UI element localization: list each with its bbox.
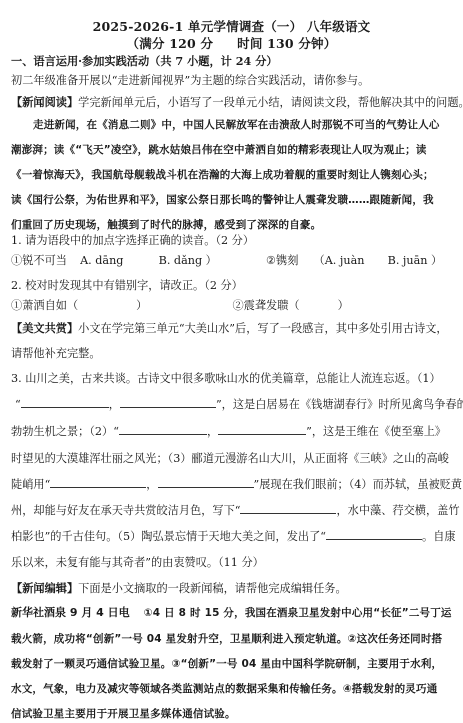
question-3-line: 柏影也”的千古佳句。（5）陶弘景忘情于天地大美之间，发出了“。自康 xyxy=(11,529,453,545)
question-3-line: 乐以来，未复有能与其奇者”的由衷赞叹。（11 分） xyxy=(11,555,453,571)
news-edit-line: 载火箭，成功将“创新”一号 04 星发射升空，卫星顺利进入预定轨道。②这次任务还… xyxy=(11,631,453,647)
news-edit-label: 【新闻编辑】 xyxy=(11,581,78,595)
question-3-line: 州，却能与好友在承天寺共赏皎洁月色，写下“，水中藻、荇交横，盖竹 xyxy=(11,503,453,519)
answer-blank[interactable] xyxy=(326,529,422,540)
news-reading-label: 【新闻阅读】 xyxy=(11,95,78,109)
news-edit-prompt: 【新闻编辑】下面是小文摘取的一段新闻稿，请帮他完成编辑任务。 xyxy=(11,580,453,597)
passage-line: 《一着惊海天》，我国航母舰载战斗机在浩瀚的大海上成功着舰的重要时刻让人镌刻心头； xyxy=(11,167,453,183)
exam-page: 2025-2026-1 单元学情调查（一） 八年级语文 （满分 120 分时间 … xyxy=(0,0,463,723)
answer-blank[interactable] xyxy=(218,424,306,435)
question-2-items: ①萧洒自如（） ②震聋发聩（） xyxy=(11,298,453,314)
news-edit-line: 载发射了一颗灵巧通信试验卫星。③“创新”一号 04 星由中国科学院研制，主要用于… xyxy=(11,656,453,672)
question-3-line: 勃勃生机之景；（2）“，”，这是王维在《使至塞上》 xyxy=(11,424,453,440)
question-3-line: 3. 山川之美，古来共谈。古诗文中很多歌咏山水的优美篇章，总能让人流连忘返。（1… xyxy=(11,371,453,387)
answer-blank[interactable] xyxy=(120,397,216,408)
essay-prompt: 【美文共赏】小文在学完第三单元“大美山水”后，写了一段感言，其中多处引用古诗文， xyxy=(11,320,453,337)
activity-intro: 初二年级准备开展以“走进新闻视界”为主题的综合实践活动，请你参与。 xyxy=(11,73,453,89)
news-reading-prompt: 【新闻阅读】学完新闻单元后，小语写了一段单元小结，请阅读文段，帮他解决其中的问题… xyxy=(11,94,453,111)
full-score: （满分 120 分 xyxy=(127,36,214,51)
passage-line: 走进新闻，在《消息二则》中，中国人民解放军在击溃敌人时那锐不可当的气势让人心 xyxy=(11,117,453,133)
answer-blank[interactable] xyxy=(158,477,254,488)
passage-line: 们重回了历史现场，触摸到了时代的脉搏，感受到了深深的自豪。 xyxy=(11,217,453,233)
option-a: A. dāng xyxy=(80,254,123,267)
answer-blank[interactable] xyxy=(21,397,109,408)
option-b: B. dǎng ） xyxy=(159,254,217,267)
passage-line: 读《国行公祭，为佑世界和平》，国家公祭日那长鸣的警钟让人震聋发聩……跟随新闻，我 xyxy=(11,192,453,208)
answer-blank[interactable] xyxy=(50,477,146,488)
section-heading: 一、语言运用·参加实践活动（共 7 小题，计 24 分） xyxy=(11,53,453,69)
news-edit-line: 水文，气象，电力及减灾等领域各类监测站点的数据采集和传输任务。④搭载发射的灵巧通 xyxy=(11,681,453,697)
answer-blank[interactable] xyxy=(119,424,207,435)
question-1-stem: 1. 请为语段中的加点字选择正确的读音。（2 分） xyxy=(11,233,453,249)
essay-label: 【美文共赏】 xyxy=(11,321,78,335)
option-b: B. juān ） xyxy=(388,254,443,267)
news-edit-line: 新华社酒泉 9 月 4 日电①4 日 8 时 15 分，我国在酒泉卫星发射中心用… xyxy=(11,605,453,621)
exam-title: 2025-2026-1 单元学情调查（一） 八年级语文 xyxy=(0,17,463,35)
exam-duration: 时间 130 分钟） xyxy=(237,36,336,51)
question-3-line: 陡峭用“，”展现在我们眼前；（4）而苏轼，虽被贬黄 xyxy=(11,477,453,493)
answer-blank[interactable] xyxy=(240,503,336,514)
question-2-stem: 2. 校对时发现其中有错别字，请改正。（2 分） xyxy=(11,278,453,294)
question-1-options: ①锐不可当 A. dāng B. dǎng ） ②镌刻 （A. juàn B. … xyxy=(11,253,453,269)
news-edit-line: 信试验卫星主要用于开展卫星多媒体通信试验。 xyxy=(11,706,453,722)
passage-line: 潮澎湃；读《“飞天”凌空》，跳水姑娘吕伟在空中萧洒自如的精彩表现让人叹为观止；读 xyxy=(11,142,453,158)
news-dateline: 新华社酒泉 9 月 4 日电 xyxy=(11,606,130,619)
essay-prompt-cont: 请帮他补充完整。 xyxy=(11,346,453,362)
question-3-line: 时望见的大漠雄浑壮丽之风光；（3）郦道元漫游名山大川，从正面将《三峡》之山的高峻 xyxy=(11,451,453,467)
option-a: （A. juàn xyxy=(314,254,365,267)
exam-subtitle: （满分 120 分时间 130 分钟） xyxy=(0,34,463,52)
question-3-line: “，”，这是白居易在《钱塘湖春行》时所见禽鸟争春的 xyxy=(11,397,453,413)
